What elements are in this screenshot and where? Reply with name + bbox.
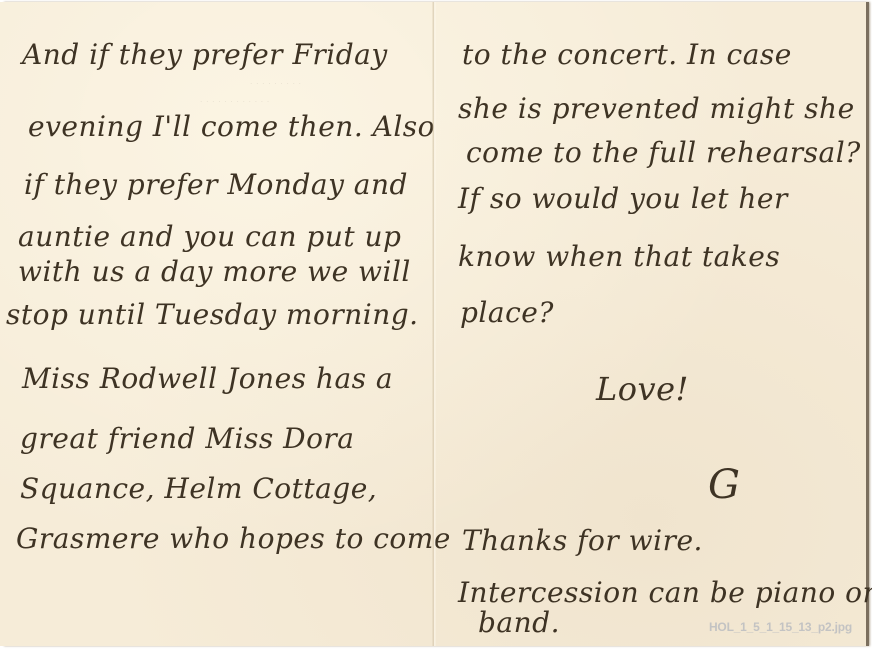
letter-line: stop until Tuesday morning. (6, 298, 419, 331)
postscript-line: band. (478, 606, 560, 639)
letter-line: place? (460, 296, 554, 329)
file-label: HOL_1_5_1_15_13_p2.jpg (709, 620, 852, 634)
letter-line: If so would you let her (458, 182, 788, 215)
signature: G (708, 462, 740, 508)
letter-line: And if they prefer Friday (22, 38, 388, 71)
letter-line: she is prevented might she (458, 92, 855, 125)
postscript-line: Thanks for wire. (462, 524, 703, 557)
postscript-line: Intercession can be piano or (458, 576, 872, 609)
left-page: And if they prefer Friday evening I'll c… (0, 2, 432, 646)
letter-line: great friend Miss Dora (20, 422, 355, 455)
right-page: to the concert. In case she is prevented… (436, 2, 866, 646)
letter-line: Grasmere who hopes to come (16, 522, 451, 555)
letter-line: come to the full rehearsal? (466, 136, 861, 169)
letter-sheet: · · · · · · · · · · · · · · · · · · · · … (0, 2, 866, 646)
letter-line: evening I'll come then. Also (28, 110, 435, 143)
letter-line: auntie and you can put up (18, 220, 401, 253)
closing: Love! (596, 370, 689, 408)
letter-line: know when that takes (458, 240, 780, 273)
letter-line: with us a day more we will (18, 255, 411, 288)
letter-line: Miss Rodwell Jones has a (22, 362, 393, 395)
letter-line: if they prefer Monday and (24, 168, 408, 201)
letter-line: to the concert. In case (462, 38, 792, 71)
letter-line: Squance, Helm Cottage, (20, 472, 377, 505)
